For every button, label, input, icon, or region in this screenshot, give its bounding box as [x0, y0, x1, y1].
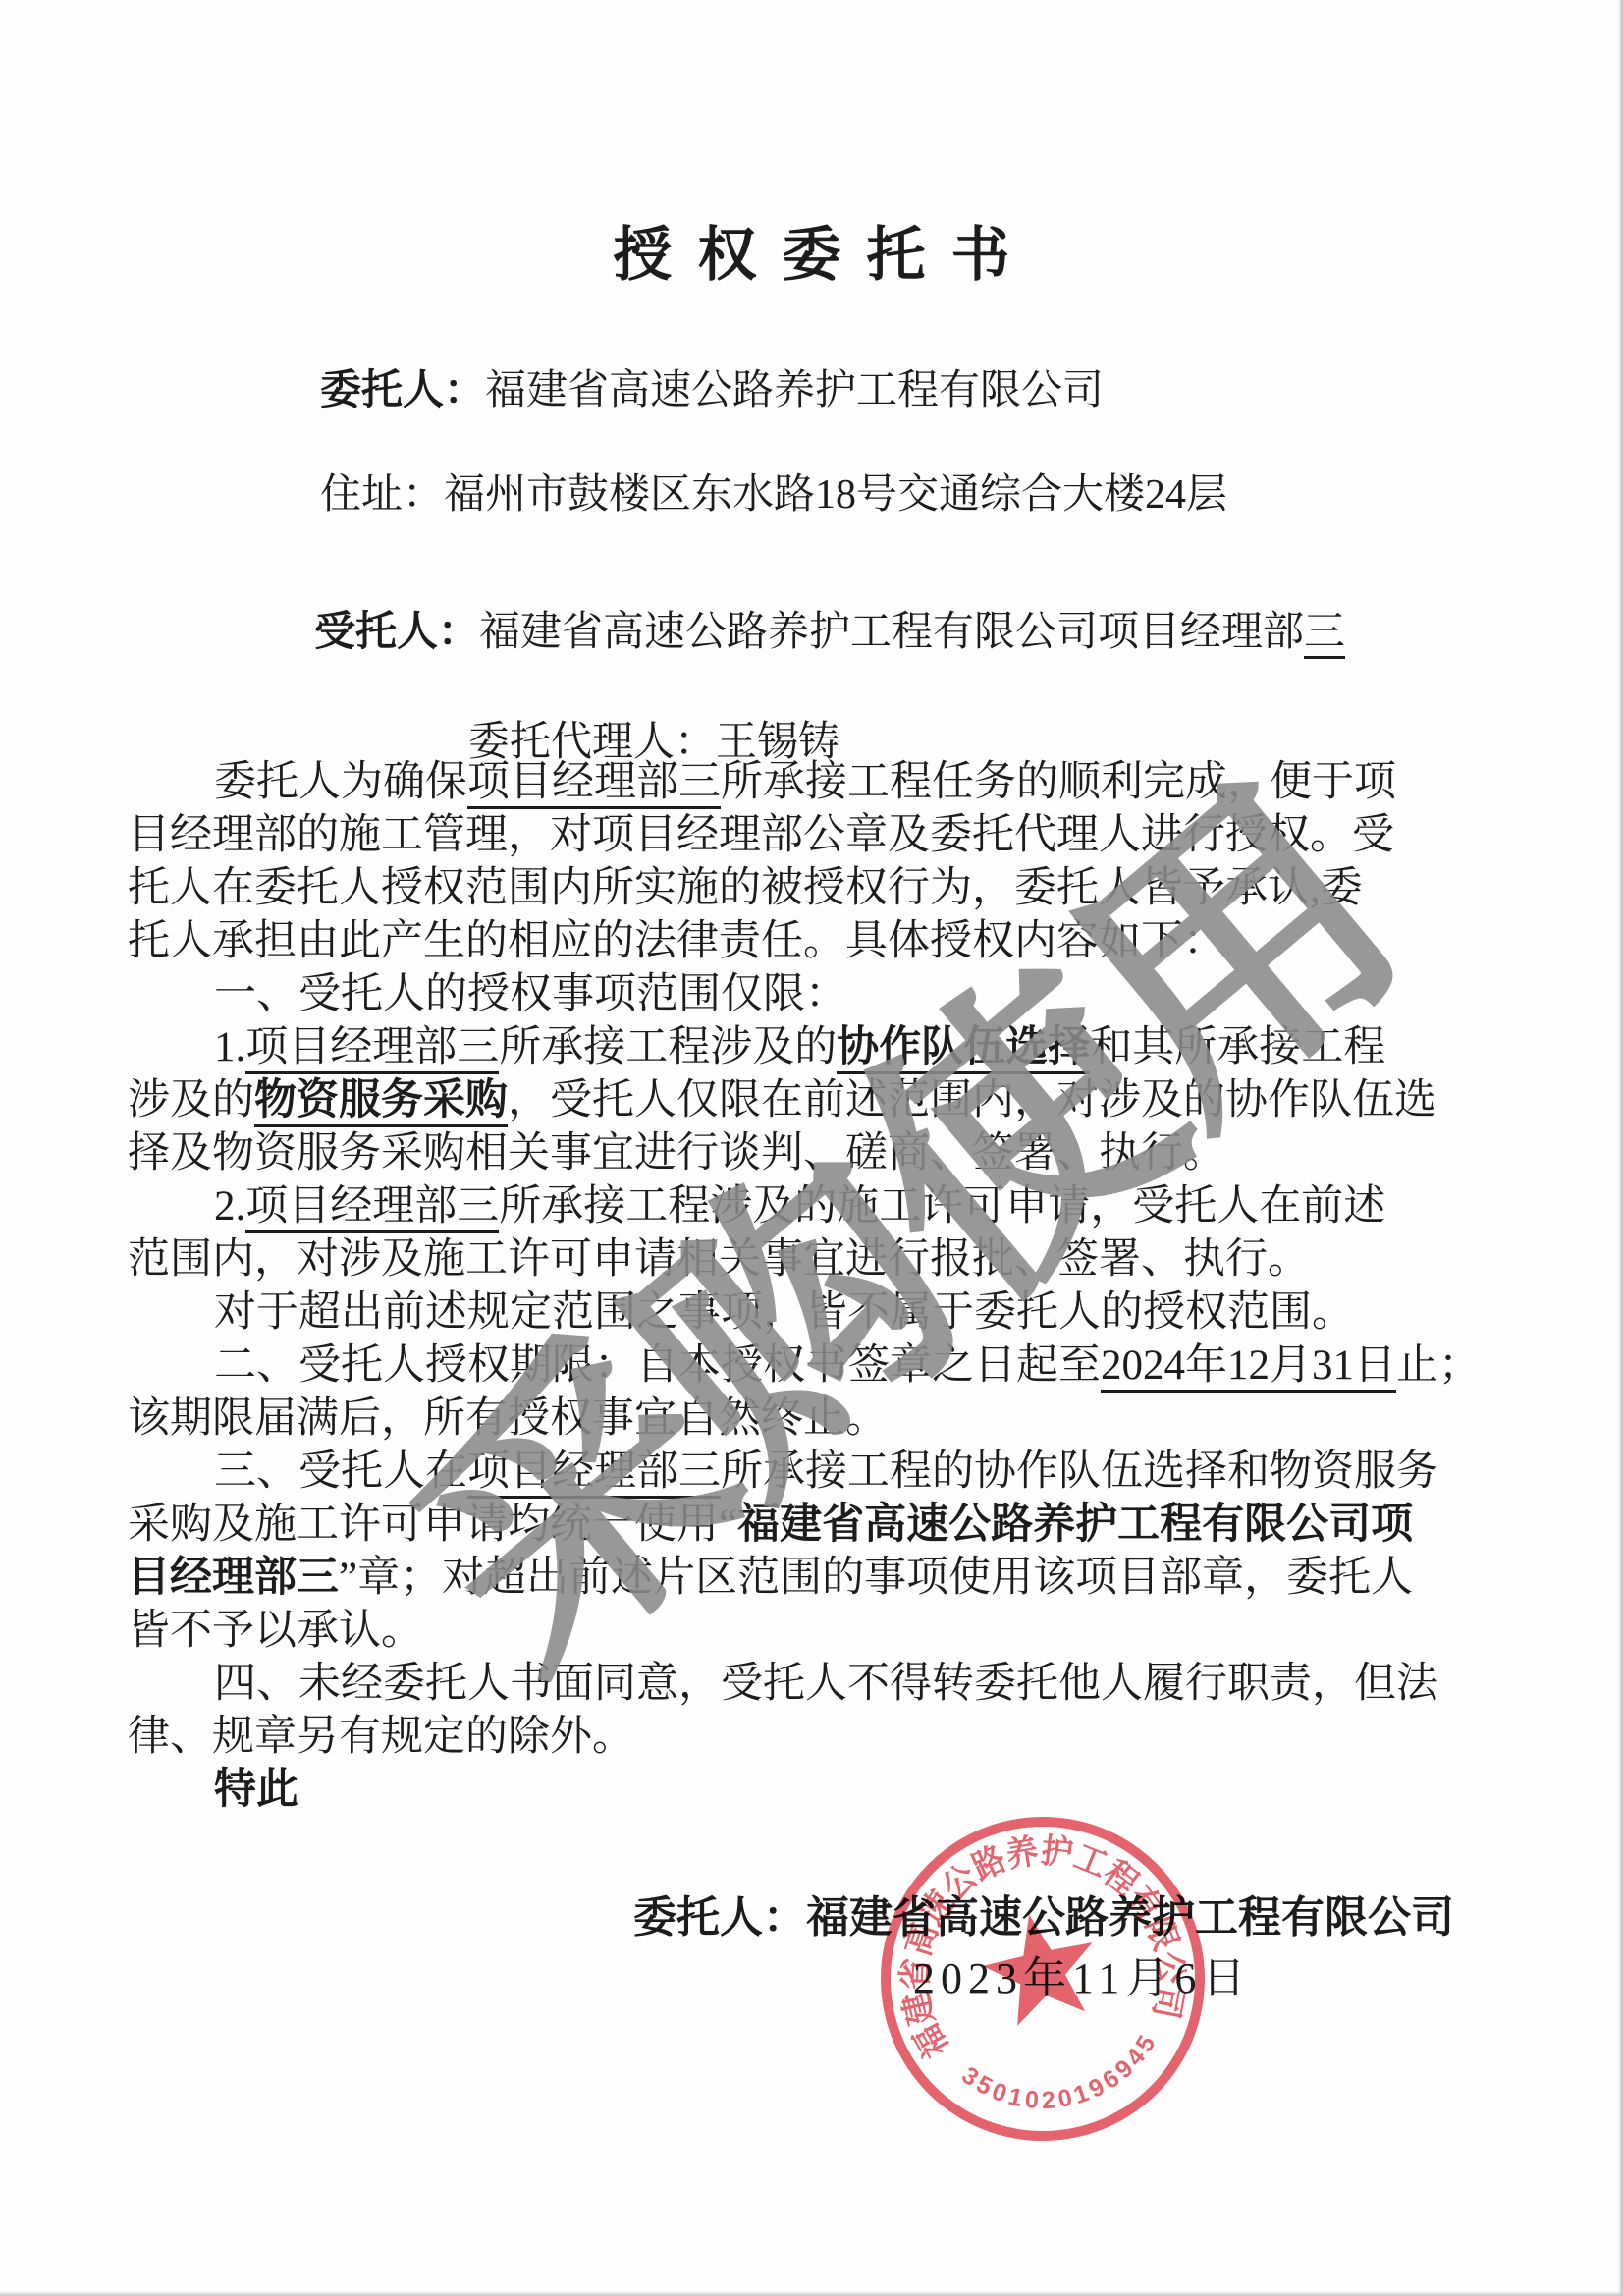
address-value: 福州市鼓楼区东水路18号交通综合大楼24层	[444, 472, 1227, 518]
trustee-line: 受托人：福建省高速公路养护工程有限公司项目经理部三	[314, 599, 1345, 658]
principal-line: 委托人：福建省高速公路养护工程有限公司	[320, 357, 1104, 416]
body-line: 目经理部的施工管理，对项目经理部公章及委托代理人进行授权。受	[128, 809, 1434, 862]
body-run: 所承接工程任务的顺利完成，便于项	[721, 759, 1396, 805]
body-line: 皆不予以承认。	[128, 1605, 1434, 1658]
body-run: 2.	[214, 1183, 245, 1230]
trustee-label: 受托人：	[314, 610, 479, 655]
body-lines: 委托人为确保项目经理部三所承接工程任务的顺利完成，便于项目经理部的施工管理，对项…	[128, 756, 1434, 1817]
body-run: 四、未经委托人书面同意，受托人不得转委托他人履行职责，但法	[214, 1661, 1438, 1707]
address-line: 住址：福州市鼓楼区东水路18号交通综合大楼24层	[320, 462, 1227, 520]
body-line: 目经理部三”章；对超出前述片区范围的事项使用该项目部章，委托人	[128, 1552, 1434, 1605]
address-label: 住址：	[320, 472, 444, 518]
scan-edge-right	[1618, 0, 1623, 2296]
body-run: 一、受托人的授权事项范围仅限：	[214, 971, 847, 1017]
body-run: 1.	[214, 1024, 245, 1070]
body-run: ”章；对超出前述片区范围的事项使用该项目部章，委托人	[339, 1555, 1413, 1601]
body-run: 皆不予以承认。	[128, 1608, 423, 1654]
body-run: 项目经理部三	[245, 1024, 499, 1074]
body-run: 委托人为确保	[214, 759, 467, 805]
body-line: 特此	[128, 1764, 1434, 1817]
body-run: 特此	[214, 1767, 298, 1813]
body-line: 对于超出前述规定范围之事项，皆不属于委托人的授权范围。	[128, 1286, 1434, 1339]
body-run: 对于超出前述规定范围之事项，皆不属于委托人的授权范围。	[214, 1289, 1354, 1336]
principal-label: 委托人：	[320, 368, 485, 413]
body-line: 委托人为确保项目经理部三所承接工程任务的顺利完成，便于项	[128, 756, 1434, 809]
body-run: 福建省高速公路养护工程有限公司项	[737, 1502, 1413, 1548]
seal-number-text: 3501020196945	[952, 2022, 1173, 2134]
principal-name: 福建省高速公路养护工程有限公司	[485, 368, 1104, 413]
body-line: 涉及的物资服务采购，受托人仅限在前述范围内，对涉及的协作队伍选	[128, 1074, 1434, 1127]
body-line: 一、受托人的授权事项范围仅限：	[128, 968, 1434, 1021]
body-run: 2024年12月31日	[1101, 1342, 1396, 1393]
seal-group: 福建省高速公路养护工程有限公司 3501020196945	[869, 1805, 1218, 2155]
body-line: 1.项目经理部三所承接工程涉及的协作队伍选择和其所承接工程	[128, 1021, 1434, 1074]
body-run: 目经理部的施工管理，对项目经理部公章及委托代理人进行授权。受	[128, 812, 1394, 858]
trustee-name: 福建省高速公路养护工程有限公司项目经理部	[479, 610, 1304, 655]
body-run: 择及物资服务采购相关事宜进行谈判、磋商、签署、执行。	[128, 1130, 1225, 1176]
body-run: 律、规章另有规定的除外。	[128, 1714, 634, 1760]
body-run: 所承接工程涉及的	[499, 1024, 837, 1070]
document-title: 授权委托书	[0, 208, 1623, 293]
body-run: 涉及的	[128, 1077, 254, 1123]
body-run: 项目经理部三	[467, 759, 721, 809]
body-line: 二、受托人授权期限：自本授权书签章之日起至2024年12月31日止；	[128, 1339, 1434, 1393]
document-page: 授权委托书 委托人：福建省高速公路养护工程有限公司 住址：福州市鼓楼区东水路18…	[0, 0, 1623, 2296]
body-run: 物资服务采购	[254, 1077, 508, 1127]
body-run: 范围内，对涉及施工许可申请相关事宜进行报批、签署、执行。	[128, 1236, 1310, 1283]
body-run: 二、受托人授权期限：自本授权书签章之日起至	[214, 1342, 1101, 1389]
body-run: 目经理部三	[128, 1555, 339, 1601]
body-run: 和其所承接工程	[1090, 1024, 1385, 1070]
body-run: 该期限届满后，所有授权事宜自然终止。	[128, 1395, 888, 1442]
body-run: 所承接工程的协作队伍选择和物资服务	[721, 1449, 1438, 1495]
trustee-name-underlined: 三	[1304, 610, 1345, 659]
body-line: 四、未经委托人书面同意，受托人不得转委托他人履行职责，但法	[128, 1658, 1434, 1711]
body-line: 律、规章另有规定的除外。	[128, 1711, 1434, 1764]
body-line: 择及物资服务采购相关事宜进行谈判、磋商、签署、执行。	[128, 1127, 1434, 1180]
body-run: 项目经理部三	[467, 1449, 721, 1499]
body-run: 托人承担由此产生的相应的法律责任。具体授权内容如下：	[128, 918, 1225, 964]
body-line: 托人在委托人授权范围内所实施的被授权行为，委托人皆予承认,委	[128, 862, 1434, 915]
body-line: 2.项目经理部三所承接工程涉及的施工许可申请，受托人在前述	[128, 1180, 1434, 1233]
body-run: 托人在委托人授权范围内所实施的被授权行为，委托人皆予承认,委	[128, 865, 1363, 911]
company-seal-stamp: 福建省高速公路养护工程有限公司 3501020196945	[869, 1805, 1218, 2155]
body-line: 该期限届满后，所有授权事宜自然终止。	[128, 1393, 1434, 1446]
body-run: 三、受托人在	[214, 1449, 467, 1495]
body-run: 所承接工程涉及的施工许可申请，受托人在前述	[499, 1183, 1385, 1230]
body-run: 采购及施工许可申请均统一使用“	[128, 1502, 737, 1548]
body-run: ，受托人仅限在前述范围内，对涉及的协作队伍选	[508, 1077, 1436, 1123]
scan-edge-bottom	[0, 2291, 1623, 2296]
body-line: 三、受托人在项目经理部三所承接工程的协作队伍选择和物资服务	[128, 1446, 1434, 1499]
seal-star-icon	[974, 1903, 1106, 2031]
body-run: 项目经理部三	[245, 1183, 499, 1233]
body-run: 止；	[1396, 1342, 1481, 1389]
body-line: 范围内，对涉及施工许可申请相关事宜进行报批、签署、执行。	[128, 1233, 1434, 1286]
body-run: 协作队伍选择	[837, 1024, 1090, 1074]
body-line: 采购及施工许可申请均统一使用“福建省高速公路养护工程有限公司项	[128, 1499, 1434, 1552]
body-line: 托人承担由此产生的相应的法律责任。具体授权内容如下：	[128, 915, 1434, 968]
signature-label: 委托人：	[633, 1893, 806, 1941]
